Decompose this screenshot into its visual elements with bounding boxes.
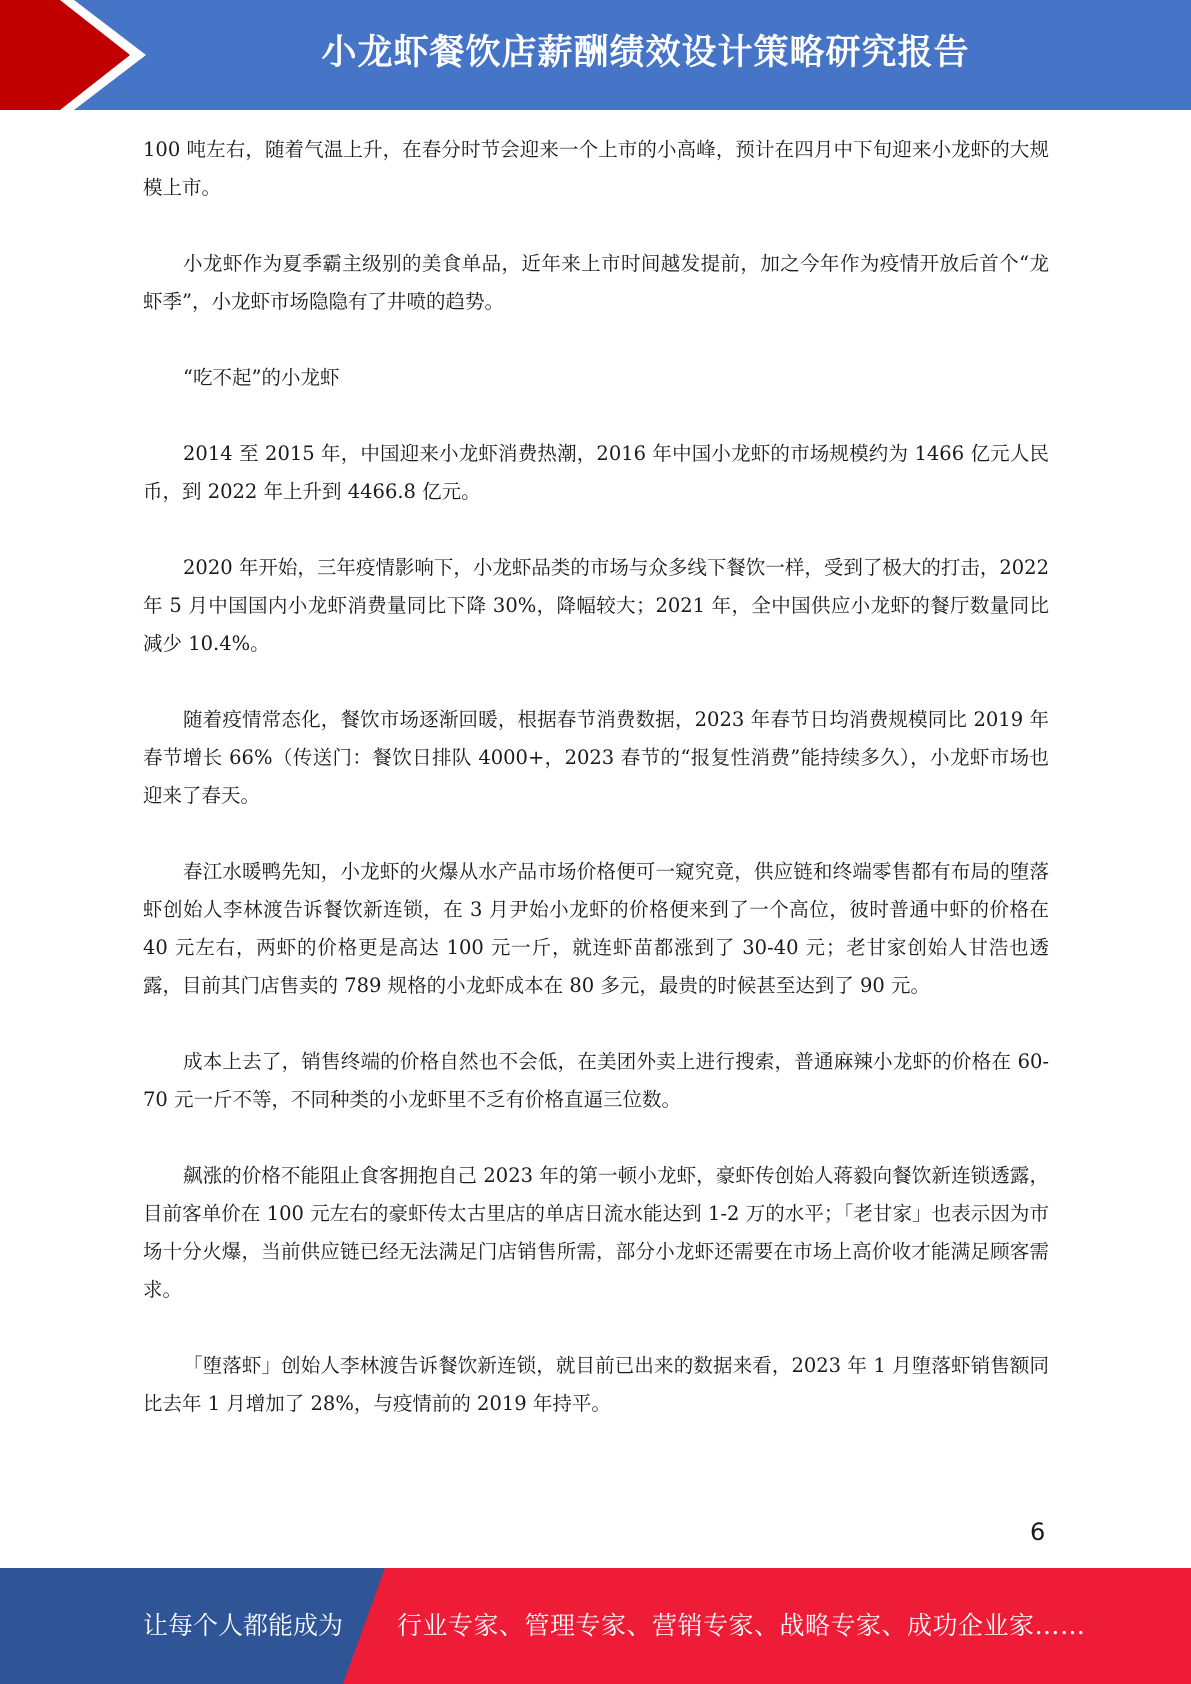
paragraph: 春江水暖鸭先知，小龙虾的火爆从水产品市场价格便可一窥究竟，供应链和终端零售都有布… <box>143 853 1049 1005</box>
paragraph: 随着疫情常态化，餐饮市场逐渐回暖，根据春节消费数据，2023 年春节日均消费规模… <box>143 701 1049 815</box>
paragraph: 2020 年开始，三年疫情影响下，小龙虾品类的市场与众多线下餐饮一样，受到了极大… <box>143 549 1049 663</box>
header-banner: 小龙虾餐饮店薪酬绩效设计策略研究报告 <box>0 0 1191 110</box>
section-subheading: “吃不起”的小龙虾 <box>143 359 1049 397</box>
paragraph: 100 吨左右，随着气温上升，在春分时节会迎来一个上市的小高峰，预计在四月中下旬… <box>143 131 1049 207</box>
document-body: 100 吨左右，随着气温上升，在春分时节会迎来一个上市的小高峰，预计在四月中下旬… <box>143 131 1049 1461</box>
footer-slogan-left: 让每个人都能成为 <box>143 1568 343 1684</box>
paragraph: 「堕落虾」创始人李林渡告诉餐饮新连锁，就目前已出来的数据来看，2023 年 1 … <box>143 1347 1049 1423</box>
footer-banner: 让每个人都能成为 行业专家、管理专家、营销专家、战略专家、成功企业家…… <box>0 1568 1191 1684</box>
paragraph: 小龙虾作为夏季霸主级别的美食单品，近年来上市时间越发提前，加之今年作为疫情开放后… <box>143 245 1049 321</box>
document-title: 小龙虾餐饮店薪酬绩效设计策略研究报告 <box>0 0 1191 110</box>
page-number: 6 <box>1030 1518 1045 1546</box>
paragraph: 2014 至 2015 年，中国迎来小龙虾消费热潮，2016 年中国小龙虾的市场… <box>143 435 1049 511</box>
paragraph: 成本上去了，销售终端的价格自然也不会低，在美团外卖上进行搜索，普通麻辣小龙虾的价… <box>143 1043 1049 1119</box>
footer-slogan-right: 行业专家、管理专家、营销专家、战略专家、成功企业家…… <box>397 1568 1086 1684</box>
paragraph: 飙涨的价格不能阻止食客拥抱自己 2023 年的第一顿小龙虾，豪虾传创始人蒋毅向餐… <box>143 1157 1049 1309</box>
